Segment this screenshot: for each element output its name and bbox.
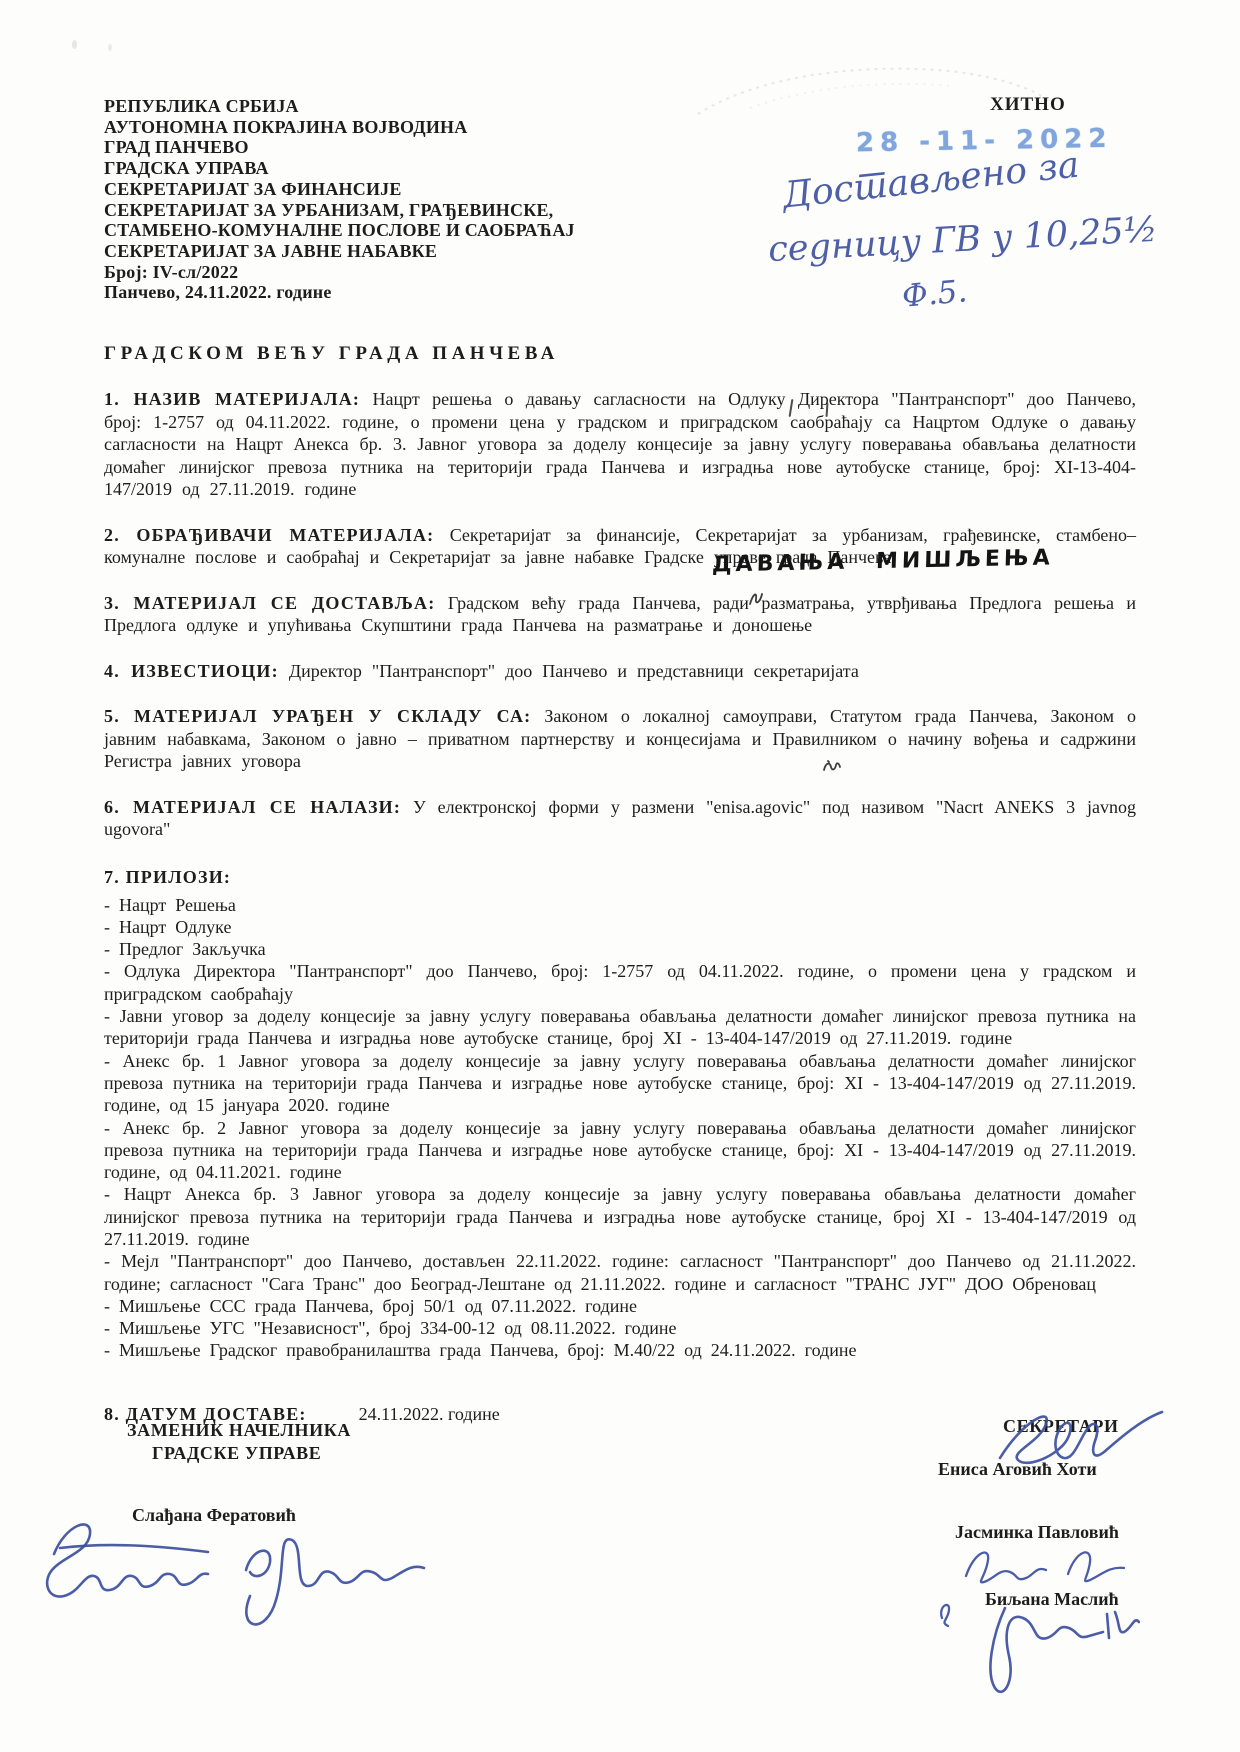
attachments-list: - Нацрт Решења- Нацрт Одлуке- Предлог За… [104, 894, 1136, 1362]
attachments-section: 7. ПРИЛОЗИ: - Нацрт Решења- Нацрт Одлуке… [104, 867, 1136, 1362]
left-signer-title-line1: ЗАМЕНИК НАЧЕЛНИКА [127, 1420, 351, 1441]
document-page: ХИТНО 28 -11- 2022 Достављено за седницу… [0, 0, 1240, 1752]
letterhead-line: РЕПУБЛИКА СРБИЈА [104, 96, 1136, 117]
signature-sladjana-feratovic [40, 1512, 430, 1642]
attachment-item: - Анекс бр. 1 Јавног уговора за доделу к… [104, 1050, 1136, 1117]
attachment-item: - Нацрт Решења [104, 894, 1136, 916]
letterhead-line: ГРАД ПАНЧЕВО [104, 137, 1136, 158]
letterhead-line: Број: IV-сл/2022 [104, 262, 1136, 283]
numbered-section: 5. МАТЕРИЈАЛ УРАЂЕН У СКЛАДУ СА: Законом… [104, 705, 1136, 773]
letterhead-line: СЕКРЕТАРИЈАТ ЗА УРБАНИЗАМ, ГРАЂЕВИНСКЕ, [104, 200, 1136, 221]
section-label: 6. МАТЕРИЈАЛ СЕ НАЛАЗИ: [104, 797, 401, 817]
scan-speck [108, 44, 112, 51]
addressee-heading: ГРАДСКОМ ВЕЋУ ГРАДА ПАНЧЕВА [104, 343, 1136, 365]
section-label: 5. МАТЕРИЈАЛ УРАЂЕН У СКЛАДУ СА: [104, 706, 531, 726]
ink-squiggle-mark [822, 758, 842, 774]
attachment-item: - Предлог Закључка [104, 938, 1136, 960]
ink-caret-mark [748, 588, 764, 608]
section-label: 1. НАЗИВ МАТЕРИЈАЛА: [104, 389, 360, 409]
attachments-label: 7. ПРИЛОЗИ: [104, 867, 1136, 888]
signature-jasminka-pavlovic [958, 1540, 1133, 1590]
section-label: 4. ИЗВЕСТИОЦИ: [104, 661, 279, 681]
numbered-section: 3. МАТЕРИЈАЛ СЕ ДОСТАВЉА: Градском већу … [104, 592, 1136, 637]
numbered-section: 6. МАТЕРИЈАЛ СЕ НАЛАЗИ: У електронској ф… [104, 796, 1136, 841]
section-label: 2. ОБРАЂИВАЧИ МАТЕРИЈАЛА: [104, 525, 434, 545]
attachment-item: - Нацрт Одлуке [104, 916, 1136, 938]
section-text: Директор "Пантранспорт" доо Панчево и пр… [289, 661, 859, 681]
numbered-sections: 1. НАЗИВ МАТЕРИЈАЛА: Нацрт решења о дава… [104, 388, 1136, 841]
signature-enisa-agovic-hoti [988, 1398, 1168, 1480]
letterhead-line: Панчево, 24.11.2022. године [104, 282, 1136, 303]
document-body: РЕПУБЛИКА СРБИЈААУТОНОМНА ПОКРАЈИНА ВОЈВ… [104, 96, 1136, 1425]
left-signer-title-line2: ГРАДСКЕ УПРАВЕ [152, 1443, 321, 1464]
attachment-item: - Мишљење ССС града Панчева, број 50/1 о… [104, 1295, 1136, 1317]
letterhead-line: ГРАДСКА УПРАВА [104, 158, 1136, 179]
attachment-item: - Анекс бр. 2 Јавног уговора за доделу к… [104, 1117, 1136, 1184]
numbered-section: 1. НАЗИВ МАТЕРИЈАЛА: Нацрт решења о дава… [104, 388, 1136, 501]
letterhead: РЕПУБЛИКА СРБИЈААУТОНОМНА ПОКРАЈИНА ВОЈВ… [104, 96, 1136, 303]
attachment-item: - Одлука Директора "Пантранспорт" доо Па… [104, 960, 1136, 1005]
attachment-item: - Мишљење УГС "Независност", број 334-00… [104, 1317, 1136, 1339]
letterhead-line: АУТОНОМНА ПОКРАЈИНА ВОЈВОДИНА [104, 117, 1136, 138]
signature-biljana-maslic [975, 1598, 1140, 1703]
numbered-section: 4. ИЗВЕСТИОЦИ: Директор "Пантранспорт" д… [104, 660, 1136, 683]
section-label: 3. МАТЕРИЈАЛ СЕ ДОСТАВЉА: [104, 593, 435, 613]
letterhead-line: СЕКРЕТАРИЈАТ ЗА ФИНАНСИЈЕ [104, 179, 1136, 200]
letterhead-line: СТАМБЕНО-КОМУНАЛНЕ ПОСЛОВЕ И САОБРАЋАЈ [104, 220, 1136, 241]
letterhead-line: СЕКРЕТАРИЈАТ ЗА ЈАВНЕ НАБАВКЕ [104, 241, 1136, 262]
attachment-item: - Мејл "Пантранспорт" доо Панчево, доста… [104, 1250, 1136, 1295]
ink-initial-mark [936, 1596, 958, 1630]
attachment-item: - Јавни уговор за доделу концесије за ја… [104, 1005, 1136, 1050]
scan-speck [72, 40, 77, 49]
attachment-item: - Мишљење Градског правобранилаштва град… [104, 1339, 1136, 1361]
attachment-item: - Нацрт Анекса бр. 3 Јавног уговора за д… [104, 1183, 1136, 1250]
